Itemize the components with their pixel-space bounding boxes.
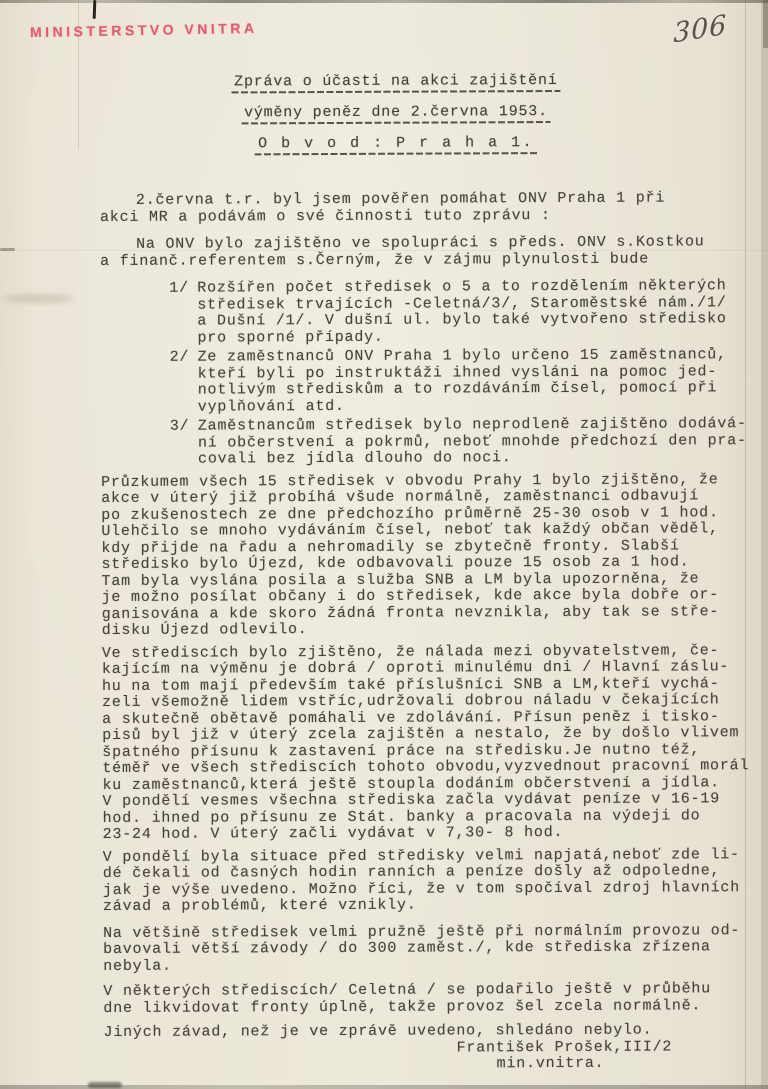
title-line-2-wrap: výměny peněz dne 2.června 1953. (99, 102, 692, 123)
list-item-2-text: Ze zaměstnanců ONV Praha 1 bylo určeno 1… (198, 347, 749, 415)
report-title-line-1: Zpráva o účasti na akci zajištění (234, 72, 558, 91)
paragraph-majority-centres: Na většině středisek velmi pružně ještě … (103, 923, 751, 975)
paragraph-monday-situation: V pondělí byla situace před středisky ve… (103, 847, 751, 916)
list-item-1-text: Rozšířen počet středisek o 5 a to rozděl… (197, 278, 748, 346)
paragraph-onv-cooperation: Na ONV bylo zajištěno ve spolupráci s př… (100, 234, 748, 270)
measures-list: 1/ Rozšířen počet středisek o 5 a to roz… (100, 278, 749, 468)
report-title-line-2: výměny peněz dne 2.června 1953. (244, 103, 548, 122)
list-item-3: 3/ Zaměstnancům středisek bylo neprodlen… (101, 416, 749, 468)
paragraph-survey: Průzkumem všech 15 středisek v obvodu Pr… (101, 472, 750, 640)
paragraph-celetna: V některých střediscích/ Celetná / se po… (103, 981, 751, 1017)
list-item-2: 2/ Ze zaměstnanců ONV Praha 1 bylo určen… (101, 347, 749, 416)
signature-name: František Prošek,III/2 (457, 1039, 752, 1057)
list-item-1: 1/ Rozšířen počet středisek o 5 a to roz… (100, 278, 748, 347)
report-title-line-3: O b v o d : P r a h a 1. (258, 134, 534, 153)
title-line-3-wrap: O b v o d : P r a h a 1. (100, 133, 693, 154)
paper-smudge (4, 294, 74, 303)
report-title-block: Zpráva o účasti na akci zajištění výměny… (99, 71, 747, 154)
signature-block: František Prošek,III/2 min.vnitra. (457, 1039, 752, 1073)
bottom-ink-blot (88, 1082, 122, 1088)
list-item-3-text: Zaměstnancům středisek bylo neprodleně z… (198, 416, 749, 468)
scanned-report-page: MINISTERSTVO VNITRA 306 Zpráva o účasti … (0, 0, 768, 1089)
top-right-corner-mark (763, 0, 768, 48)
title-line-1-wrap: Zpráva o účasti na akci zajištění (99, 71, 692, 92)
top-pen-tick-mark (93, 0, 97, 19)
right-edge-shadow (761, 0, 768, 1089)
signature-org: min.vnitra. (457, 1055, 752, 1073)
list-item-1-number: 1/ (169, 281, 197, 347)
list-item-2-number: 2/ (170, 350, 198, 416)
list-item-3-number: 3/ (170, 419, 198, 469)
paragraph-mood: Ve střediscích bylo zjištěno, že nálada … (102, 643, 751, 844)
paragraph-intro: 2.června t.r. byl jsem pověřen pomáhat O… (100, 190, 748, 226)
report-content: Zpráva o účasti na akci zajištění výměny… (99, 0, 752, 1074)
